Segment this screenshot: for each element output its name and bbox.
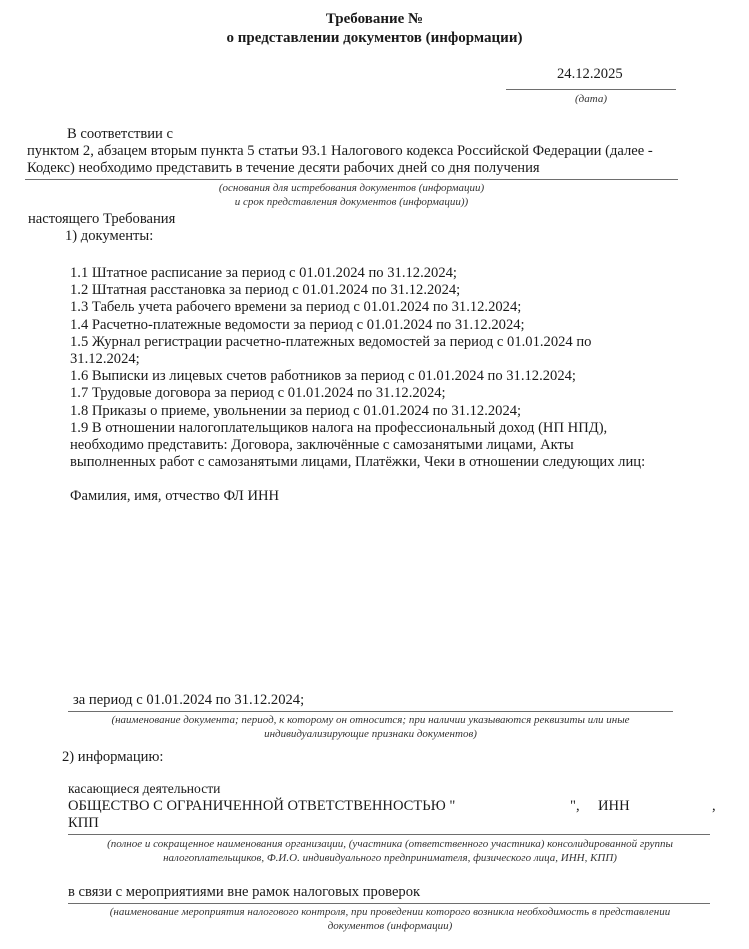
information-heading: 2) информацию: bbox=[62, 749, 163, 766]
kpp-label: КПП bbox=[68, 815, 99, 832]
reason-underline bbox=[68, 903, 710, 904]
basis-line-2: пунктом 2, абзацем вторым пункта 5 стать… bbox=[27, 143, 653, 160]
documents-period: за период с 01.01.2024 по 31.12.2024; bbox=[73, 692, 304, 709]
documents-underline bbox=[68, 711, 673, 712]
documents-caption-2: индивидуализирующие признаки документов) bbox=[40, 728, 701, 740]
document-item: 1.8 Приказы о приеме, увольнении за пери… bbox=[70, 403, 521, 420]
basis-line-1: В соответствии с bbox=[67, 126, 173, 143]
document-date: 24.12.2025 bbox=[557, 66, 623, 83]
organization-caption-1: (полное и сокращенное наименования орган… bbox=[40, 838, 740, 850]
document-item: 1.9 В отношении налогоплательщиков налог… bbox=[70, 420, 607, 437]
document-item: 1.2 Штатная расстановка за период с 01.0… bbox=[70, 282, 460, 299]
reason-text: в связи с мероприятиями вне рамок налого… bbox=[68, 884, 420, 901]
basis-line-3: Кодекс) необходимо представить в течение… bbox=[27, 160, 540, 177]
organization-name: ОБЩЕСТВО С ОГРАНИЧЕННОЙ ОТВЕТСТВЕННОСТЬЮ… bbox=[68, 798, 455, 815]
document-item: 1.3 Табель учета рабочего времени за пер… bbox=[70, 299, 521, 316]
persons-header: Фамилия, имя, отчество ФЛ ИНН bbox=[70, 488, 279, 505]
inn-comma: , bbox=[712, 798, 716, 815]
document-item: необходимо представить: Договора, заключ… bbox=[70, 437, 574, 454]
basis-line-4: настоящего Требования bbox=[28, 211, 175, 228]
document-item: 1.5 Журнал регистрации расчетно-платежны… bbox=[70, 334, 591, 351]
document-item: выполненных работ с самозанятыми лицами,… bbox=[70, 454, 645, 471]
documents-heading: 1) документы: bbox=[65, 228, 153, 245]
organization-caption-2: налогоплательщиков, Ф.И.О. индивидуально… bbox=[40, 852, 740, 864]
reason-caption-2: документов (информации) bbox=[40, 920, 740, 932]
concerning-label: касающиеся деятельности bbox=[68, 781, 220, 797]
document-item: 1.4 Расчетно-платежные ведомости за пери… bbox=[70, 317, 525, 334]
document-item: 31.12.2024; bbox=[70, 351, 140, 368]
basis-underline bbox=[25, 179, 678, 180]
document-title: Требование № bbox=[0, 11, 749, 28]
organization-underline bbox=[68, 834, 710, 835]
document-subtitle: о представлении документов (информации) bbox=[0, 30, 749, 47]
document-item: 1.6 Выписки из лицевых счетов работников… bbox=[70, 368, 576, 385]
reason-caption-1: (наименование мероприятия налогового кон… bbox=[40, 906, 740, 918]
organization-quote-close: ", bbox=[570, 798, 580, 815]
documents-caption-1: (наименование документа; период, к котор… bbox=[40, 714, 701, 726]
date-caption: (дата) bbox=[506, 93, 676, 105]
document-item: 1.7 Трудовые договора за период с 01.01.… bbox=[70, 385, 446, 402]
basis-caption-2: и срок представления документов (информа… bbox=[25, 196, 678, 208]
date-underline bbox=[506, 89, 676, 90]
basis-caption-1: (основания для истребования документов (… bbox=[25, 182, 678, 194]
inn-label: ИНН bbox=[598, 798, 630, 815]
document-item: 1.1 Штатное расписание за период с 01.01… bbox=[70, 265, 457, 282]
